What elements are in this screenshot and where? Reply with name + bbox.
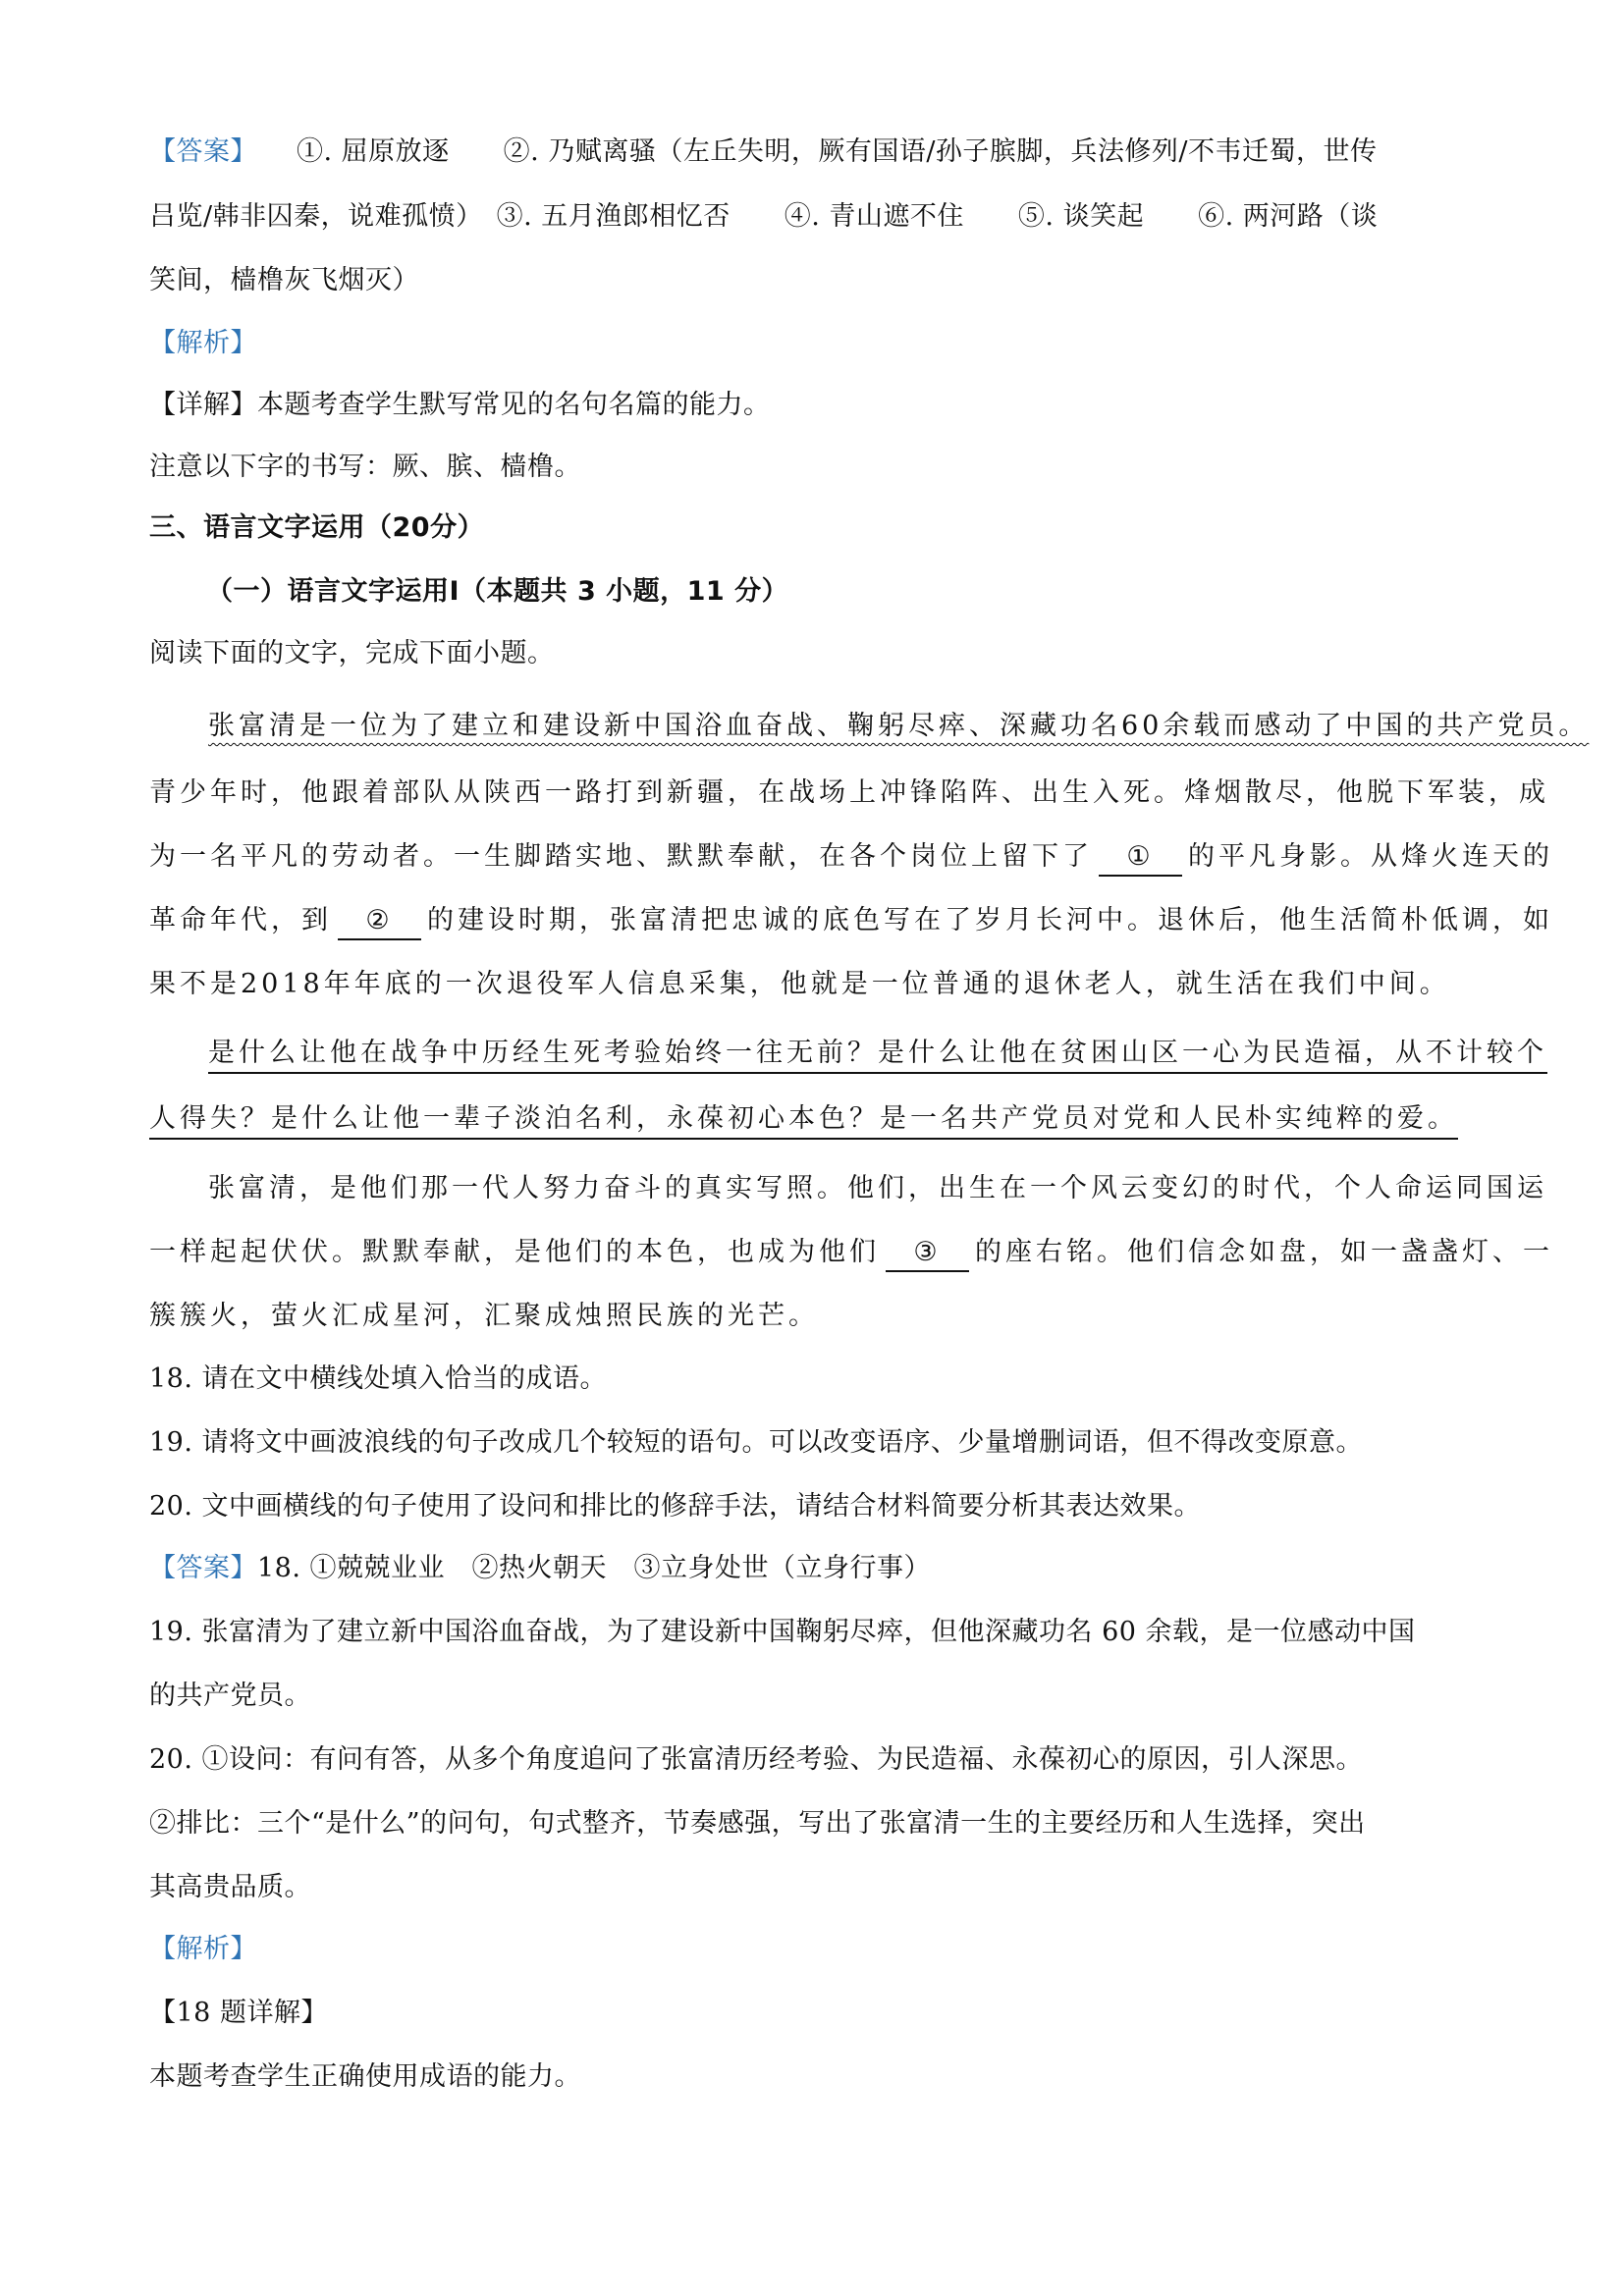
analysis-text: 本题考查学生正确使用成语的能力。: [149, 2059, 581, 2095]
blank-1: ①: [1099, 839, 1182, 877]
passage-line: 一样起起伏伏。默默奉献，是他们的本色，也成为他们③的座右铭。他们信念如盘，如一盏…: [149, 1235, 1553, 1272]
analysis-detail: 【详解】本题考查学生默写常见的名句名篇的能力。: [149, 388, 771, 423]
answer-20: 20. ①设问：有问有答，从多个角度追问了张富清历经考验、为民造福、永葆初心的原…: [149, 1742, 1363, 1778]
answer-label: 【答案】: [149, 1553, 257, 1583]
section-subtitle: （一）语言文字运用Ⅰ（本题共 3 小题，11 分）: [206, 574, 788, 610]
answer-20-cont: ②排比：三个“是什么”的问句，句式整齐，节奏感强，写出了张富清一生的主要经历和人…: [149, 1806, 1366, 1842]
passage-wavy-sentence: 张富清是一位为了建立和建设新中国浴血奋战、鞠躬尽瘁、深藏功名60余载而感动了中国…: [208, 709, 1589, 744]
section-instruction: 阅读下面的文字，完成下面小题。: [149, 636, 555, 671]
answer-19: 19. 张富清为了建立新中国浴血奋战，为了建设新中国鞠躬尽瘁，但他深藏功名 60…: [149, 1615, 1416, 1650]
passage-line: 青少年时，他跟着部队从陕西一路打到新疆，在战场上冲锋陷阵、出生入死。烽烟散尽，他…: [149, 775, 1549, 811]
passage-underlined-line: 人得失？是什么让他一辈子淡泊名利，永葆初心本色？是一名共产党员对党和人民朴实纯粹…: [149, 1101, 1458, 1137]
section-title: 三、语言文字运用（20分）: [149, 510, 484, 546]
answer-18: 【答案】18. ①兢兢业业 ②热火朝天 ③立身处世（立身行事）: [149, 1551, 931, 1586]
question-18: 18. 请在文中横线处填入恰当的成语。: [149, 1362, 607, 1397]
answer-19-cont: 的共产党员。: [149, 1679, 311, 1714]
passage-line: 为一名平凡的劳动者。一生脚踏实地、默默奉献，在各个岗位上留下了①的平凡身影。从烽…: [149, 839, 1553, 877]
answer-line-1: 【答案】①. 屈原放逐 ②. 乃赋离骚（左丘失明，厥有国语/孙子膑脚，兵法修列/…: [149, 134, 1378, 170]
passage-line: 簇簇火，萤火汇成星河，汇聚成烛照民族的光芒。: [149, 1299, 819, 1334]
passage-line: 革命年代，到②的建设时期，张富清把忠诚的底色写在了岁月长河中。退休后，他生活简朴…: [149, 903, 1553, 940]
question-20: 20. 文中画横线的句子使用了设问和排比的修辞手法，请结合材料简要分析其表达效果…: [149, 1489, 1201, 1524]
blank-2: ②: [338, 903, 421, 940]
analysis-label: 【解析】: [149, 1932, 257, 1967]
answer-label: 【答案】: [149, 136, 257, 167]
passage-line: 果不是2018年年底的一次退役军人信息采集，他就是一位普通的退休老人，就生活在我…: [149, 967, 1450, 1002]
question-19: 19. 请将文中画波浪线的句子改成几个较短的语句。可以改变语序、少量增删词语，但…: [149, 1425, 1363, 1461]
passage-line: 张富清，是他们那一代人努力奋斗的真实写照。他们，出生在一个风云变幻的时代，个人命…: [208, 1171, 1547, 1206]
analysis-note: 注意以下字的书写：厥、膑、樯橹。: [149, 450, 581, 485]
answer-line-3: 笑间，樯橹灰飞烟灭）: [149, 263, 419, 298]
passage-underlined-line: 是什么让他在战争中历经生死考验始终一往无前？是什么让他在贫困山区一心为民造福，从…: [208, 1036, 1547, 1071]
analysis-label: 【解析】: [149, 326, 257, 361]
analysis-heading: 【18 题详解】: [149, 1996, 328, 2031]
answer-line-2: 吕览/韩非囚秦，说难孤愤） ③. 五月渔郎相忆否 ④. 青山遮不住 ⑤. 谈笑起…: [149, 199, 1378, 235]
blank-3: ③: [886, 1235, 969, 1272]
answer-20-cont: 其高贵品质。: [149, 1870, 311, 1905]
